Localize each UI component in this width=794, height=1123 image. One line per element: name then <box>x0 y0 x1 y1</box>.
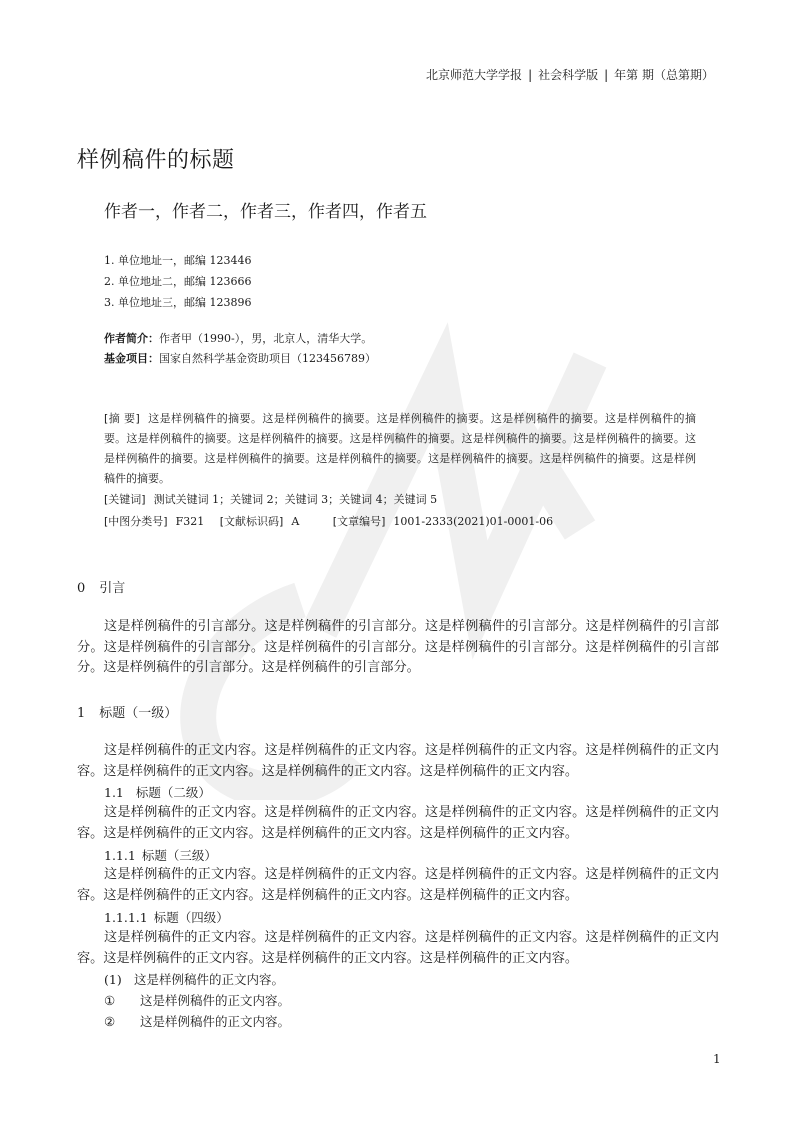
subsection-title: 标题（三级） <box>142 848 217 863</box>
paper-title: 样例稿件的标题 <box>77 143 235 174</box>
header-separator: | <box>604 68 608 82</box>
subsection-number: 1.1.1 <box>104 848 136 863</box>
affiliation: 3. 单位地址三，邮编 123896 <box>104 294 251 310</box>
subsection-number: 1.1 <box>104 785 124 800</box>
running-header: 北京师范大学学报|社会科学版|年第 期（总第期） <box>426 66 714 83</box>
subsection-heading-1-1: 1.1标题（二级） <box>104 783 211 801</box>
list-marker: (1) <box>104 972 134 987</box>
list-item: (1)这是样例稿件的正文内容。 <box>104 970 284 988</box>
affiliation: 2. 单位地址二，邮编 123666 <box>104 273 251 289</box>
fund-label: 基金项目： <box>104 352 159 365</box>
section-1-paragraph: 这是样例稿件的正文内容。这是样例稿件的正文内容。这是样例稿件的正文内容。这是样例… <box>77 741 719 782</box>
section-number: 0 <box>77 581 85 596</box>
section-heading-1: 1标题（一级） <box>77 702 177 721</box>
doc-code-label: [文献标识码] <box>220 515 284 528</box>
list-marker: ② <box>104 1014 140 1029</box>
issue-info: 年第 期（总第期） <box>614 68 714 82</box>
abstract: [摘 要]这是样例稿件的摘要。这是样例稿件的摘要。这是样例稿件的摘要。这是样例稿… <box>104 409 696 489</box>
list-text: 这是样例稿件的正文内容。 <box>140 1014 290 1029</box>
keywords-label: [关键词] <box>104 493 146 506</box>
author-bio-value: 作者甲（1990-），男，北京人，清华大学。 <box>159 332 372 345</box>
author-bio-label: 作者简介： <box>104 332 159 345</box>
section-title: 标题（一级） <box>99 706 177 721</box>
fund-info: 基金项目：国家自然科学基金资助项目（123456789） <box>104 350 376 366</box>
list-marker: ① <box>104 993 140 1008</box>
journal-name: 北京师范大学学报 <box>426 68 522 82</box>
article-number-value: 1001-2333(2021)01-0001-06 <box>393 515 553 528</box>
subsection-title: 标题（四级） <box>154 910 229 925</box>
subsection-heading-1-1-1-1: 1.1.1.1标题（四级） <box>104 908 229 926</box>
page-number: 1 <box>713 1052 721 1066</box>
list-text: 这是样例稿件的正文内容。 <box>134 972 284 987</box>
author-list: 作者一，作者二，作者三，作者四，作者五 <box>104 197 427 222</box>
classification-line: [中图分类号]F321 [文献标识码]A [文章编号]1001-2333(202… <box>104 513 553 529</box>
list-text: 这是样例稿件的正文内容。 <box>140 993 290 1008</box>
subsection-1-1-1-1-paragraph: 这是样例稿件的正文内容。这是样例稿件的正文内容。这是样例稿件的正文内容。这是样例… <box>77 928 719 969</box>
affiliation: 1. 单位地址一，邮编 123446 <box>104 252 251 268</box>
cnki-watermark <box>150 300 620 800</box>
section-number: 1 <box>77 706 85 721</box>
subsection-1-1-1-paragraph: 这是样例稿件的正文内容。这是样例稿件的正文内容。这是样例稿件的正文内容。这是样例… <box>77 865 719 906</box>
list-item: ①这是样例稿件的正文内容。 <box>104 991 290 1009</box>
keywords: [关键词]测试关键词 1；关键词 2；关键词 3；关键词 4；关键词 5 <box>104 491 437 507</box>
fund-value: 国家自然科学基金资助项目（123456789） <box>159 352 376 365</box>
journal-edition: 社会科学版 <box>538 68 598 82</box>
subsection-heading-1-1-1: 1.1.1标题（三级） <box>104 846 217 864</box>
paper-page: 北京师范大学学报|社会科学版|年第 期（总第期） 样例稿件的标题 作者一，作者二… <box>0 0 794 1123</box>
abstract-text: 这是样例稿件的摘要。这是样例稿件的摘要。这是样例稿件的摘要。这是样例稿件的摘要。… <box>104 412 696 485</box>
list-item: ②这是样例稿件的正文内容。 <box>104 1012 290 1030</box>
clc-value: F321 <box>176 515 205 528</box>
doc-code-value: A <box>291 515 299 528</box>
header-separator: | <box>528 68 532 82</box>
keywords-value: 测试关键词 1；关键词 2；关键词 3；关键词 4；关键词 5 <box>154 493 437 506</box>
article-number-label: [文章编号] <box>333 515 386 528</box>
subsection-title: 标题（二级） <box>136 785 211 800</box>
intro-paragraph: 这是样例稿件的引言部分。这是样例稿件的引言部分。这是样例稿件的引言部分。这是样例… <box>77 617 719 679</box>
subsection-1-1-paragraph: 这是样例稿件的正文内容。这是样例稿件的正文内容。这是样例稿件的正文内容。这是样例… <box>77 803 719 844</box>
clc-label: [中图分类号] <box>104 515 168 528</box>
abstract-label: [摘 要] <box>104 412 140 425</box>
section-title: 引言 <box>99 581 125 596</box>
author-bio: 作者简介：作者甲（1990-），男，北京人，清华大学。 <box>104 330 372 346</box>
subsection-number: 1.1.1.1 <box>104 910 148 925</box>
section-heading-intro: 0引言 <box>77 577 125 596</box>
